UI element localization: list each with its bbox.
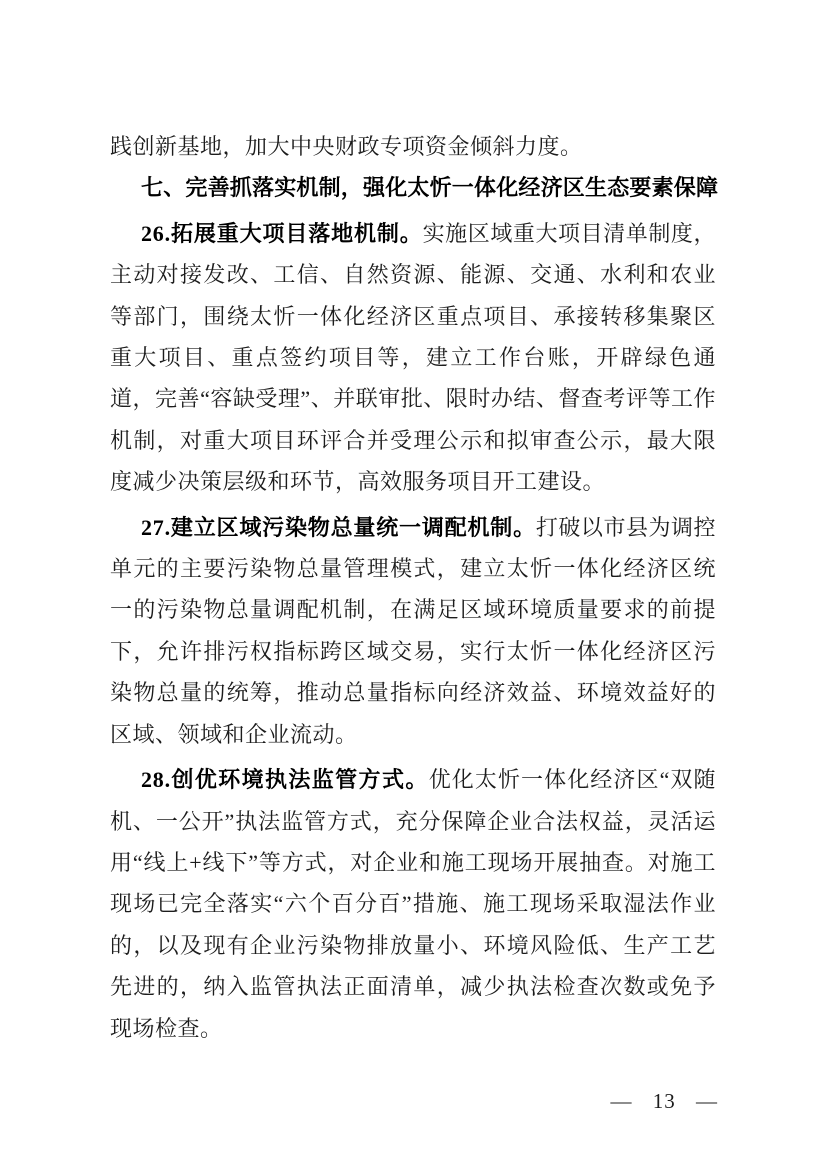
- paragraph-28-lead: 28.创优环境执法监管方式。: [141, 767, 429, 792]
- document-page: 践创新基地，加大中央财政专项资金倾斜力度。 七、完善抓落实机制，强化太忻一体化经…: [0, 0, 826, 1169]
- paragraph-27: 27.建立区域污染物总量统一调配机制。打破以市县为调控单元的主要污染物总量管理模…: [110, 507, 716, 755]
- paragraph-28: 28.创优环境执法监管方式。优化太忻一体化经济区“双随机、一公开”执法监管方式，…: [110, 759, 716, 1049]
- paragraph-27-body: 打破以市县为调控单元的主要污染物总量管理模式，建立太忻一体化经济区统一的污染物总…: [110, 515, 716, 747]
- paragraph-27-lead: 27.建立区域污染物总量统一调配机制。: [141, 515, 536, 540]
- paragraph-28-body: 优化太忻一体化经济区“双随机、一公开”执法监管方式，充分保障企业合法权益，灵活运…: [110, 767, 716, 1040]
- paragraph-26-lead: 26.拓展重大项目落地机制。: [141, 221, 423, 246]
- paragraph-26: 26.拓展重大项目落地机制。实施区域重大项目清单制度，主动对接发改、工信、自然资…: [110, 213, 716, 503]
- paragraph-26-body: 实施区域重大项目清单制度，主动对接发改、工信、自然资源、能源、交通、水利和农业等…: [110, 221, 716, 494]
- text-block: 践创新基地，加大中央财政专项资金倾斜力度。 七、完善抓落实机制，强化太忻一体化经…: [110, 126, 716, 1049]
- page-number: — 13 —: [611, 1087, 719, 1115]
- continuation-paragraph: 践创新基地，加大中央财政专项资金倾斜力度。: [110, 126, 716, 167]
- section-heading: 七、完善抓落实机制，强化太忻一体化经济区生态要素保障: [110, 167, 716, 208]
